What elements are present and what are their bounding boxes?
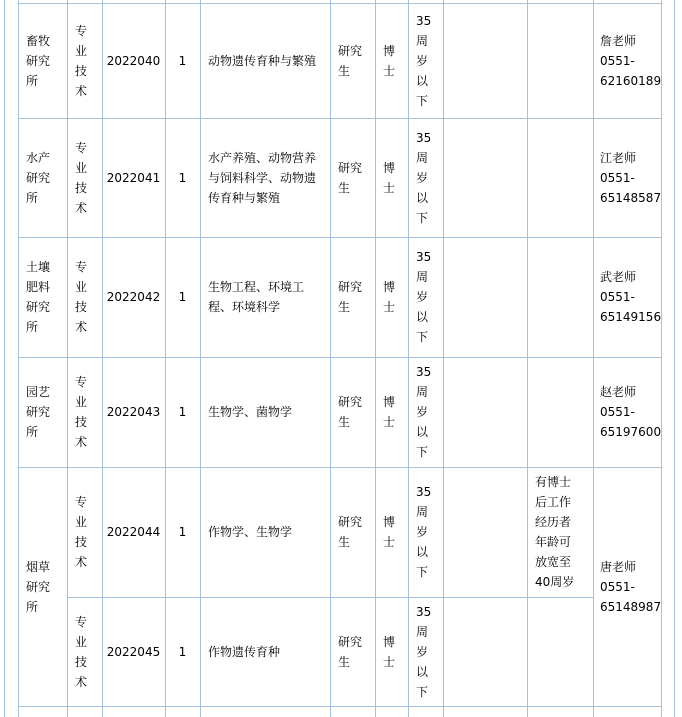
major-requirement-cell: 作物学、生物学: [201, 468, 336, 596]
major-requirement-cell: 水产养殖、动物营养与饲料科学、动物遗传育种与繁殖: [201, 119, 336, 236]
institute-cell: 畜牧研究所: [19, 4, 73, 117]
age-limit-cell: 35周岁以下: [409, 238, 449, 356]
contact-name: 武老师: [600, 267, 636, 287]
institute-cell: 水产研究所: [19, 119, 73, 236]
education-cell: 研究生: [331, 358, 381, 466]
contact-phone-line: 65148587: [600, 188, 661, 208]
institute-cell: 烟草研究所: [19, 468, 73, 705]
contact-phone-line: 0551-: [600, 168, 635, 188]
contact-phone-line: 0551-: [600, 402, 635, 422]
openings-count-cell: 1: [166, 598, 199, 705]
age-limit-cell: 35周岁以下: [409, 598, 449, 705]
major-requirement-cell: 动物遗传育种与繁殖: [201, 4, 336, 117]
age-limit-cell: 35周岁以下: [409, 119, 449, 236]
gridline-v: [4, 0, 5, 717]
job-code-cell: 2022043: [103, 358, 164, 466]
job-code-cell: 2022042: [103, 238, 164, 356]
education-cell: 研究生: [331, 119, 381, 236]
contact-cell: 武老师 0551- 65149156: [594, 238, 666, 356]
job-category-cell: 专业技术: [68, 4, 108, 117]
contact-phone-line: 0551-: [600, 577, 635, 597]
contact-phone-line: 62160189: [600, 71, 661, 91]
contact-name: 唐老师: [600, 557, 636, 577]
education-cell: 研究生: [331, 468, 381, 596]
contact-cell: 赵老师 0551- 65197600: [594, 358, 666, 466]
job-code-cell: 2022044: [103, 468, 164, 596]
job-code-cell: 2022040: [103, 4, 164, 117]
job-category-cell: 专业技术: [68, 119, 108, 236]
contact-cell: 詹老师 0551- 62160189: [594, 4, 666, 117]
gridline-v: [674, 0, 675, 717]
contact-phone-line: 0551-: [600, 51, 635, 71]
openings-count-cell: 1: [166, 119, 199, 236]
age-limit-cell: 35周岁以下: [409, 358, 449, 466]
openings-count-cell: 1: [166, 238, 199, 356]
contact-name: 江老师: [600, 148, 636, 168]
major-requirement-cell: 生物学、菌物学: [201, 358, 336, 466]
recruitment-table: 畜牧研究所 专业技术 2022040 1 动物遗传育种与繁殖 研究生 博士 35…: [0, 0, 682, 717]
contact-phone-line: 65149156: [600, 307, 661, 327]
major-requirement-cell: 作物遗传育种: [201, 598, 336, 705]
job-code-cell: 2022045: [103, 598, 164, 705]
job-code-cell: 2022041: [103, 119, 164, 236]
age-limit-cell: 35周岁以下: [409, 4, 449, 117]
note-cell: 有博士后工作经历者年龄可放宽至40周岁: [528, 468, 599, 596]
gridline-h: [18, 706, 662, 707]
contact-phone-line: 65197600: [600, 422, 661, 442]
education-cell: 研究生: [331, 598, 381, 705]
openings-count-cell: 1: [166, 4, 199, 117]
major-requirement-cell: 生物工程、环境工程、环境科学: [201, 238, 336, 356]
openings-count-cell: 1: [166, 468, 199, 596]
contact-name: 詹老师: [600, 31, 636, 51]
job-category-cell: 专业技术: [68, 598, 108, 705]
job-category-cell: 专业技术: [68, 358, 108, 466]
age-limit-cell: 35周岁以下: [409, 468, 449, 596]
education-cell: 研究生: [331, 238, 381, 356]
contact-cell: 唐老师 0551- 65148987: [594, 468, 666, 705]
contact-phone-line: 65148987: [600, 597, 661, 617]
institute-cell: 土壤肥料研究所: [19, 238, 73, 356]
education-cell: 研究生: [331, 4, 381, 117]
job-category-cell: 专业技术: [68, 238, 108, 356]
contact-phone-line: 0551-: [600, 287, 635, 307]
institute-cell: 园艺研究所: [19, 358, 73, 466]
job-category-cell: 专业技术: [68, 468, 108, 596]
contact-name: 赵老师: [600, 382, 636, 402]
contact-cell: 江老师 0551- 65148587: [594, 119, 666, 236]
gridline-v: [527, 0, 528, 717]
openings-count-cell: 1: [166, 358, 199, 466]
